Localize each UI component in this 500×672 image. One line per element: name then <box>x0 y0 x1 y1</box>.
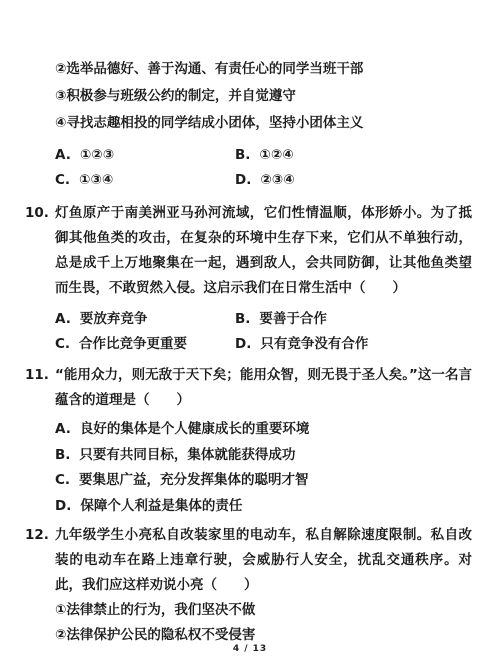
option-text: 合作比竞争更重要 <box>79 336 187 352</box>
statement-item: ②选举品德好、善于沟通、有责任心的同学当班干部 <box>55 56 472 83</box>
option-a: A.良好的集体是个人健康成长的重要环境 <box>55 417 472 443</box>
option-text: ②③④ <box>260 172 294 188</box>
option-d: D.②③④ <box>235 168 472 193</box>
option-c: C.①③④ <box>55 168 235 193</box>
option-label: D. <box>55 494 71 520</box>
question12: 12. 九年级学生小亮私自改装家里的电动车，私自解除速度限制。私自改装的电动车在… <box>25 523 472 598</box>
question10-options: A.要放弃竞争 B.要善于合作 C.合作比竞争更重要 D.只有竞争没有合作 <box>55 307 472 357</box>
option-text: 只有竞争没有合作 <box>260 336 368 352</box>
question11: 11. “能用众力，则无敌于天下矣；能用众智，则无畏于圣人矣。”这一名言蕴含的道… <box>25 363 472 413</box>
option-b: B.只要有共同目标，集体就能获得成功 <box>55 443 472 469</box>
page-content: ②选举品德好、善于沟通、有责任心的同学当班干部 ③积极参与班级公约的制定，并自觉… <box>0 0 500 648</box>
option-label: C. <box>55 168 70 193</box>
option-label: D. <box>235 168 251 193</box>
option-c: C.合作比竞争更重要 <box>55 332 235 357</box>
question-number: 10. <box>25 201 55 301</box>
option-a: A.①②③ <box>55 143 235 168</box>
page-number: 4 / 13 <box>0 644 500 654</box>
option-label: A. <box>55 143 71 168</box>
option-text: ①②③ <box>80 147 114 163</box>
question9-items: ②选举品德好、善于沟通、有责任心的同学当班干部 ③积极参与班级公约的制定，并自觉… <box>55 56 472 137</box>
question12-items: ①法律禁止的行为，我们坚决不做 ②法律保护公民的隐私权不受侵害 <box>55 598 472 648</box>
exam-document-page: ②选举品德好、善于沟通、有责任心的同学当班干部 ③积极参与班级公约的制定，并自觉… <box>0 0 500 672</box>
question11-options: A.良好的集体是个人健康成长的重要环境 B.只要有共同目标，集体就能获得成功 C… <box>55 417 472 519</box>
option-text: 只要有共同目标，集体就能获得成功 <box>79 447 295 463</box>
option-label: B. <box>55 443 70 469</box>
option-text: 保障个人利益是集体的责任 <box>80 498 242 514</box>
option-label: A. <box>55 417 71 443</box>
question-number: 11. <box>25 363 55 413</box>
option-label: B. <box>235 307 250 332</box>
option-text: 要集思广益，充分发挥集体的聪明才智 <box>79 472 309 488</box>
question9-options: A.①②③ B.①②④ C.①③④ D.②③④ <box>55 143 472 193</box>
option-b: B.①②④ <box>235 143 472 168</box>
option-text: ①②④ <box>259 147 293 163</box>
option-b: B.要善于合作 <box>235 307 472 332</box>
statement-item: ④寻找志趣相投的同学结成小团体，坚持小团体主义 <box>55 110 472 137</box>
option-text: 要放弃竞争 <box>80 311 148 327</box>
option-d: D.保障个人利益是集体的责任 <box>55 494 472 520</box>
option-label: B. <box>235 143 250 168</box>
option-text: 要善于合作 <box>259 311 327 327</box>
option-label: C. <box>55 332 70 357</box>
question-number: 12. <box>25 523 55 598</box>
option-text: ①③④ <box>79 172 113 188</box>
option-d: D.只有竞争没有合作 <box>235 332 472 357</box>
option-a: A.要放弃竞争 <box>55 307 235 332</box>
question-stem: “能用众力，则无敌于天下矣；能用众智，则无畏于圣人矣。”这一名言蕴含的道理是（ … <box>55 363 472 413</box>
question-stem: 九年级学生小亮私自改装家里的电动车，私自解除速度限制。私自改装的电动车在路上违章… <box>55 523 472 598</box>
question10: 10. 灯鱼原产于南美洲亚马孙河流域，它们性情温顺，体形娇小。为了抵御其他鱼类的… <box>25 201 472 301</box>
option-c: C.要集思广益，充分发挥集体的聪明才智 <box>55 468 472 494</box>
statement-item: ③积极参与班级公约的制定，并自觉遵守 <box>55 83 472 110</box>
option-label: D. <box>235 332 251 357</box>
statement-item: ①法律禁止的行为，我们坚决不做 <box>55 598 472 623</box>
option-label: A. <box>55 307 71 332</box>
question-stem: 灯鱼原产于南美洲亚马孙河流域，它们性情温顺，体形娇小。为了抵御其他鱼类的攻击，在… <box>55 201 472 301</box>
option-text: 良好的集体是个人健康成长的重要环境 <box>80 421 310 437</box>
option-label: C. <box>55 468 70 494</box>
